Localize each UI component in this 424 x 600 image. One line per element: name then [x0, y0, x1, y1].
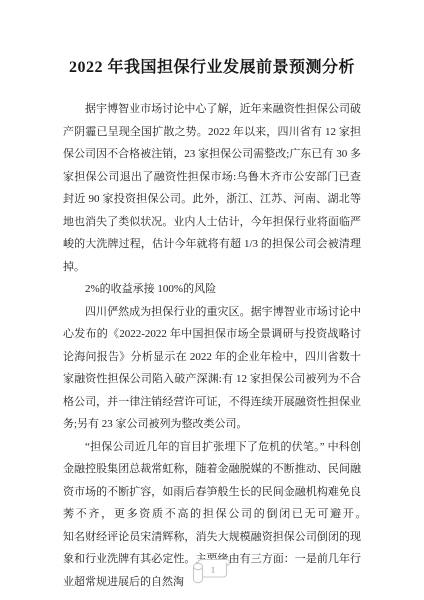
section-subheading: 2%的收益承接 100%的风险 — [63, 278, 361, 301]
page-footer: 1 — [190, 556, 234, 591]
scroll-icon: 1 — [190, 556, 234, 586]
document-title: 2022 年我国担保行业发展前景预测分析 — [0, 0, 424, 79]
body-paragraph: 四川俨然成为担保行业的重灾区。据宇博智业市场讨论中心发布的《2022-2022 … — [63, 301, 361, 436]
page-number: 1 — [211, 565, 215, 575]
document-page: 2022 年我国担保行业发展前景预测分析 据宇博智业市场讨论中心了解，近年来融资… — [0, 0, 424, 600]
document-body: 据宇博智业市场讨论中心了解，近年来融资性担保公司破产阴霾已呈现全国扩散之势。20… — [63, 98, 361, 593]
body-paragraph: 据宇博智业市场讨论中心了解，近年来融资性担保公司破产阴霾已呈现全国扩散之势。20… — [63, 98, 361, 278]
